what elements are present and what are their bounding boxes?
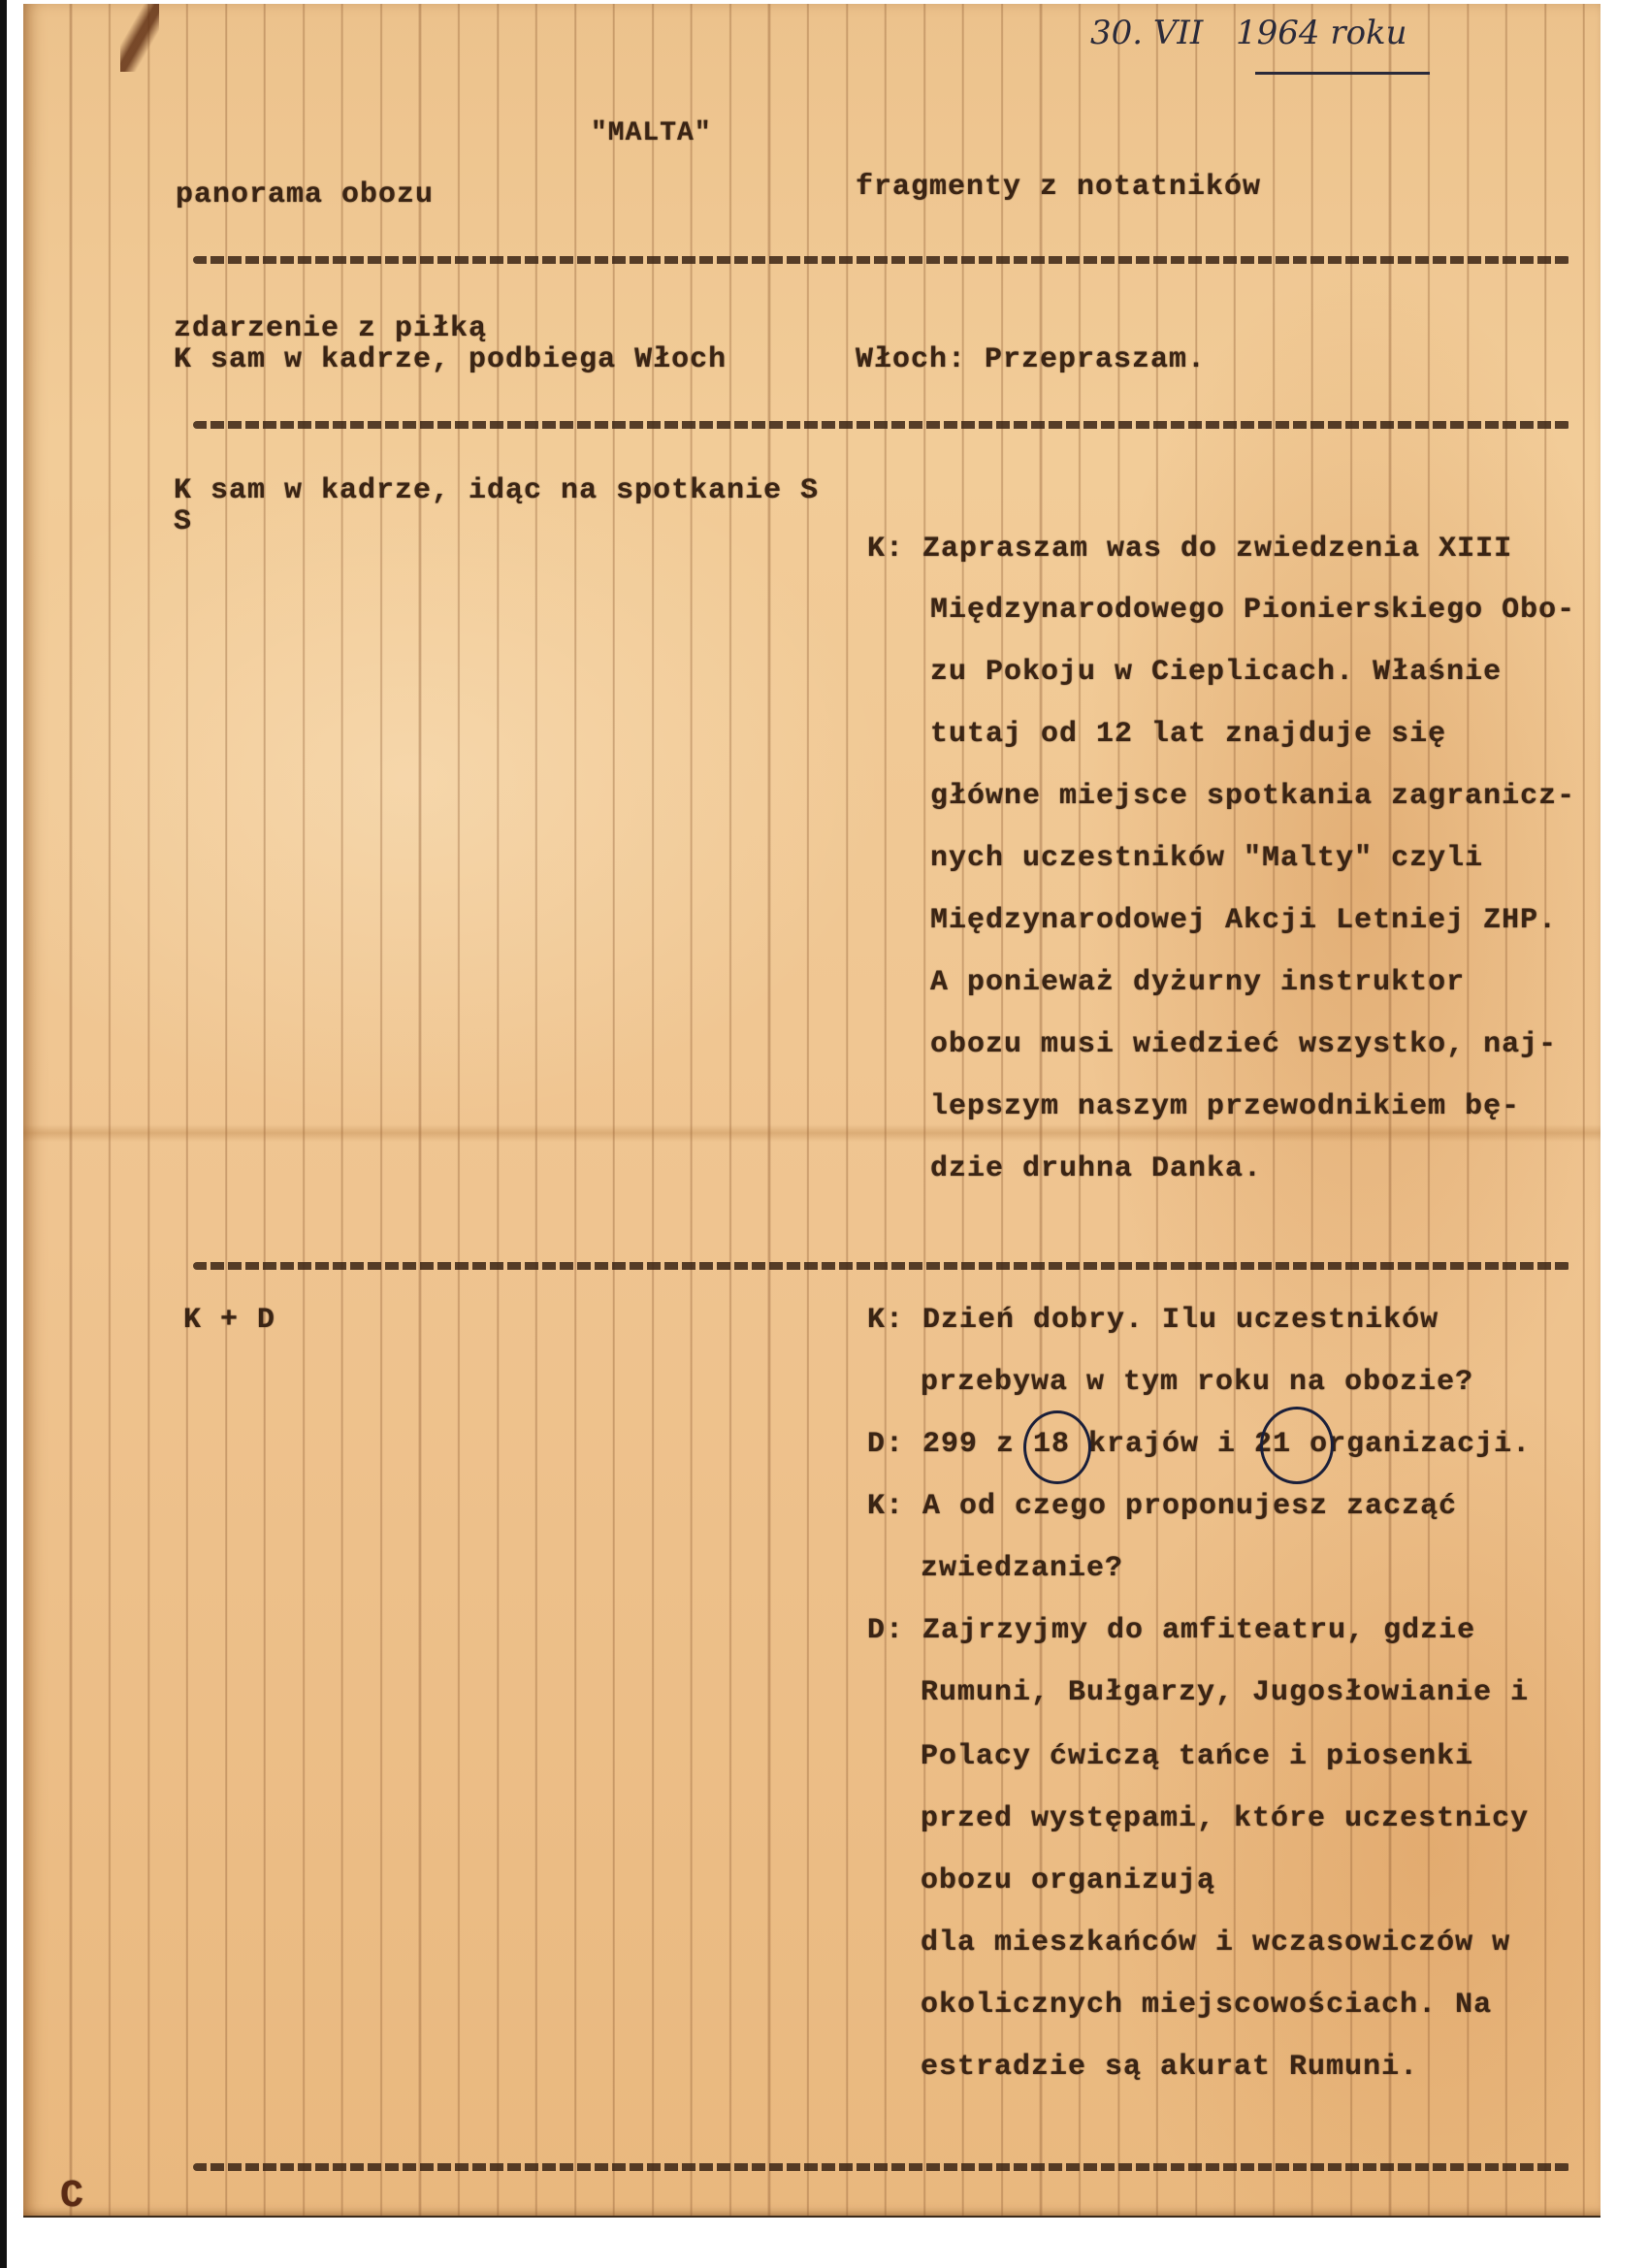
scene-2-right-line: główne miejsce spotkania zagranicz- <box>930 780 1575 813</box>
scene-3-right-line: D: 299 z 18 krajów i 21 organizacji. <box>867 1428 1531 1461</box>
scene-2-right-line: K: Zapraszam was do zwiedzenia XIII <box>867 533 1512 566</box>
dashed-separator <box>193 2163 1570 2171</box>
scene-3-left-line: K + D <box>183 1304 275 1337</box>
scene-3-right-line: estradzie są akurat Rumuni. <box>921 2051 1418 2084</box>
scene-2-right-line: Międzynarodowej Akcji Letniej ZHP. <box>930 904 1557 937</box>
scene-3-right-line: zwiedzanie? <box>921 1552 1123 1585</box>
scene-3-right-line: K: A od czego proponujesz zacząć <box>867 1490 1457 1523</box>
dashed-separator <box>193 256 1570 264</box>
scene-2-right-line: Międzynarodowego Pionierskiego Obo- <box>930 594 1575 627</box>
scene-2-right-line: A ponieważ dyżurny instruktor <box>930 966 1465 999</box>
scene-2-right-line: obozu musi wiedzieć wszystko, naj- <box>930 1028 1557 1061</box>
circled-number-18 <box>1023 1410 1091 1484</box>
scene-1-left-line: zdarzenie z piłką <box>174 312 487 345</box>
scene-3-right-line: dla mieszkańców i wczasowiczów w <box>921 1927 1510 1960</box>
handwritten-date-year: 1964 roku <box>1236 14 1407 52</box>
scene-3-right-line: Polacy ćwiczą tańce i piosenki <box>921 1740 1473 1773</box>
scene-3-right-line: D: Zajrzyjmy do amfiteatru, gdzie <box>867 1614 1475 1647</box>
dashed-separator <box>193 1262 1570 1270</box>
scene-2-right-line: lepszym naszym przewodnikiem bę- <box>930 1090 1520 1123</box>
right-column-header: fragmenty z notatników <box>856 171 1261 204</box>
paper-fold <box>23 1124 1600 1142</box>
dashed-separator <box>193 421 1570 429</box>
ink-stain <box>120 4 159 72</box>
document-title: "MALTA" <box>591 118 712 148</box>
handwritten-date-day: 30. VII <box>1090 14 1203 52</box>
scene-3-right-line: K: Dzień dobry. Ilu uczestników <box>867 1304 1439 1337</box>
scene-1-right-line: Włoch: Przepraszam. <box>856 343 1206 376</box>
scene-2-right-line: dzie druhna Danka. <box>930 1152 1262 1185</box>
circled-number-21 <box>1260 1407 1334 1484</box>
scene-2-right-line: nych uczestników "Malty" czyli <box>930 842 1483 875</box>
scene-2-right-line: tutaj od 12 lat znajduje się <box>930 718 1446 751</box>
scene-3-right-line: okolicznych miejscowościach. Na <box>921 1989 1492 2022</box>
scene-2-left-line: K sam w kadrze, idąc na spotkanie S <box>174 474 819 507</box>
scene-3-right-line: przed występami, które uczestnicy <box>921 1802 1529 1835</box>
corner-mark: C <box>60 2175 84 2219</box>
scene-2-right-line: zu Pokoju w Cieplicach. Właśnie <box>930 656 1502 689</box>
scene-3-right-line: przebywa w tym roku na obozie? <box>921 1366 1473 1399</box>
handwritten-underline <box>1255 72 1430 75</box>
scene-1-left-line: K sam w kadrze, podbiega Włoch <box>174 343 727 376</box>
typewritten-page: 30. VII 1964 roku "MALTA" panorama obozu… <box>23 4 1600 2218</box>
scan-edge <box>0 0 7 2268</box>
scene-3-right-line: Rumuni, Bułgarzy, Jugosłowianie i <box>921 1676 1529 1709</box>
left-column-header: panorama obozu <box>176 178 434 211</box>
scene-3-right-line: obozu organizują <box>921 1864 1215 1897</box>
scene-2-left-line: S <box>174 505 192 538</box>
